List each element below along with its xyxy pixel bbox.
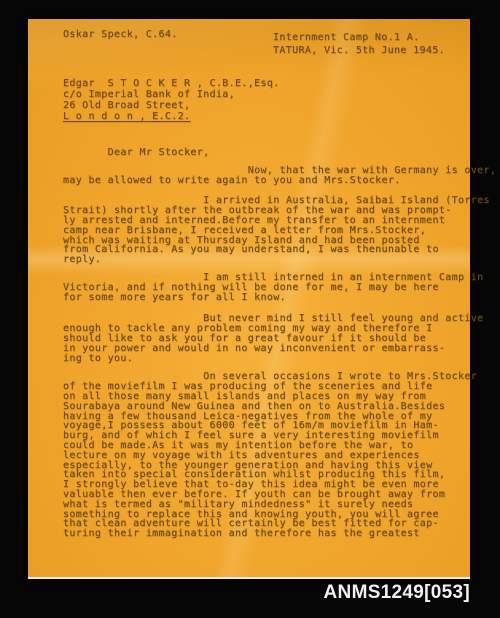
- recipient-street-line: 26 Old Broad Street,: [63, 100, 470, 111]
- place-date-line: TATURA, Vic. 5th June 1945.: [273, 45, 445, 58]
- paragraph-2: I arrived in Australia, Saibai Island (T…: [63, 196, 470, 265]
- paragraph-1: Now, that the war with Germany is over, …: [63, 166, 470, 186]
- recipient-address-block: Edgar S T O C K E R , C.B.E.,Esq. c/o Im…: [63, 78, 470, 122]
- paragraph-3: I am still interned in an internment Cam…: [63, 273, 470, 302]
- letter-paper: Oskar Speck, C.64. Internment Camp No.1 …: [28, 19, 470, 579]
- paragraph-4: But never mind I still feel young and ac…: [63, 314, 470, 363]
- recipient-city-line: L o n d o n , E.C.2.: [63, 111, 470, 122]
- scanned-letter-photo: Oskar Speck, C.64. Internment Camp No.1 …: [0, 0, 500, 618]
- sender-line: Oskar Speck, C.64.: [63, 29, 178, 40]
- letter-content: Oskar Speck, C.64. Internment Camp No.1 …: [28, 19, 470, 539]
- recipient-org-line: c/o Imperial Bank of India,: [63, 89, 470, 100]
- salutation: Dear Mr Stocker,: [63, 148, 470, 158]
- header-right-block: Internment Camp No.1 A. TATURA, Vic. 5th…: [273, 32, 445, 57]
- internment-camp-line: Internment Camp No.1 A.: [273, 32, 445, 45]
- recipient-name-line: Edgar S T O C K E R , C.B.E.,Esq.: [63, 78, 470, 89]
- paragraph-5: On several occasions I wrote to Mrs.Stoc…: [63, 372, 470, 539]
- letter-header: Oskar Speck, C.64. Internment Camp No.1 …: [63, 30, 470, 51]
- catalog-number-label: ANMS1249[053]: [324, 582, 470, 604]
